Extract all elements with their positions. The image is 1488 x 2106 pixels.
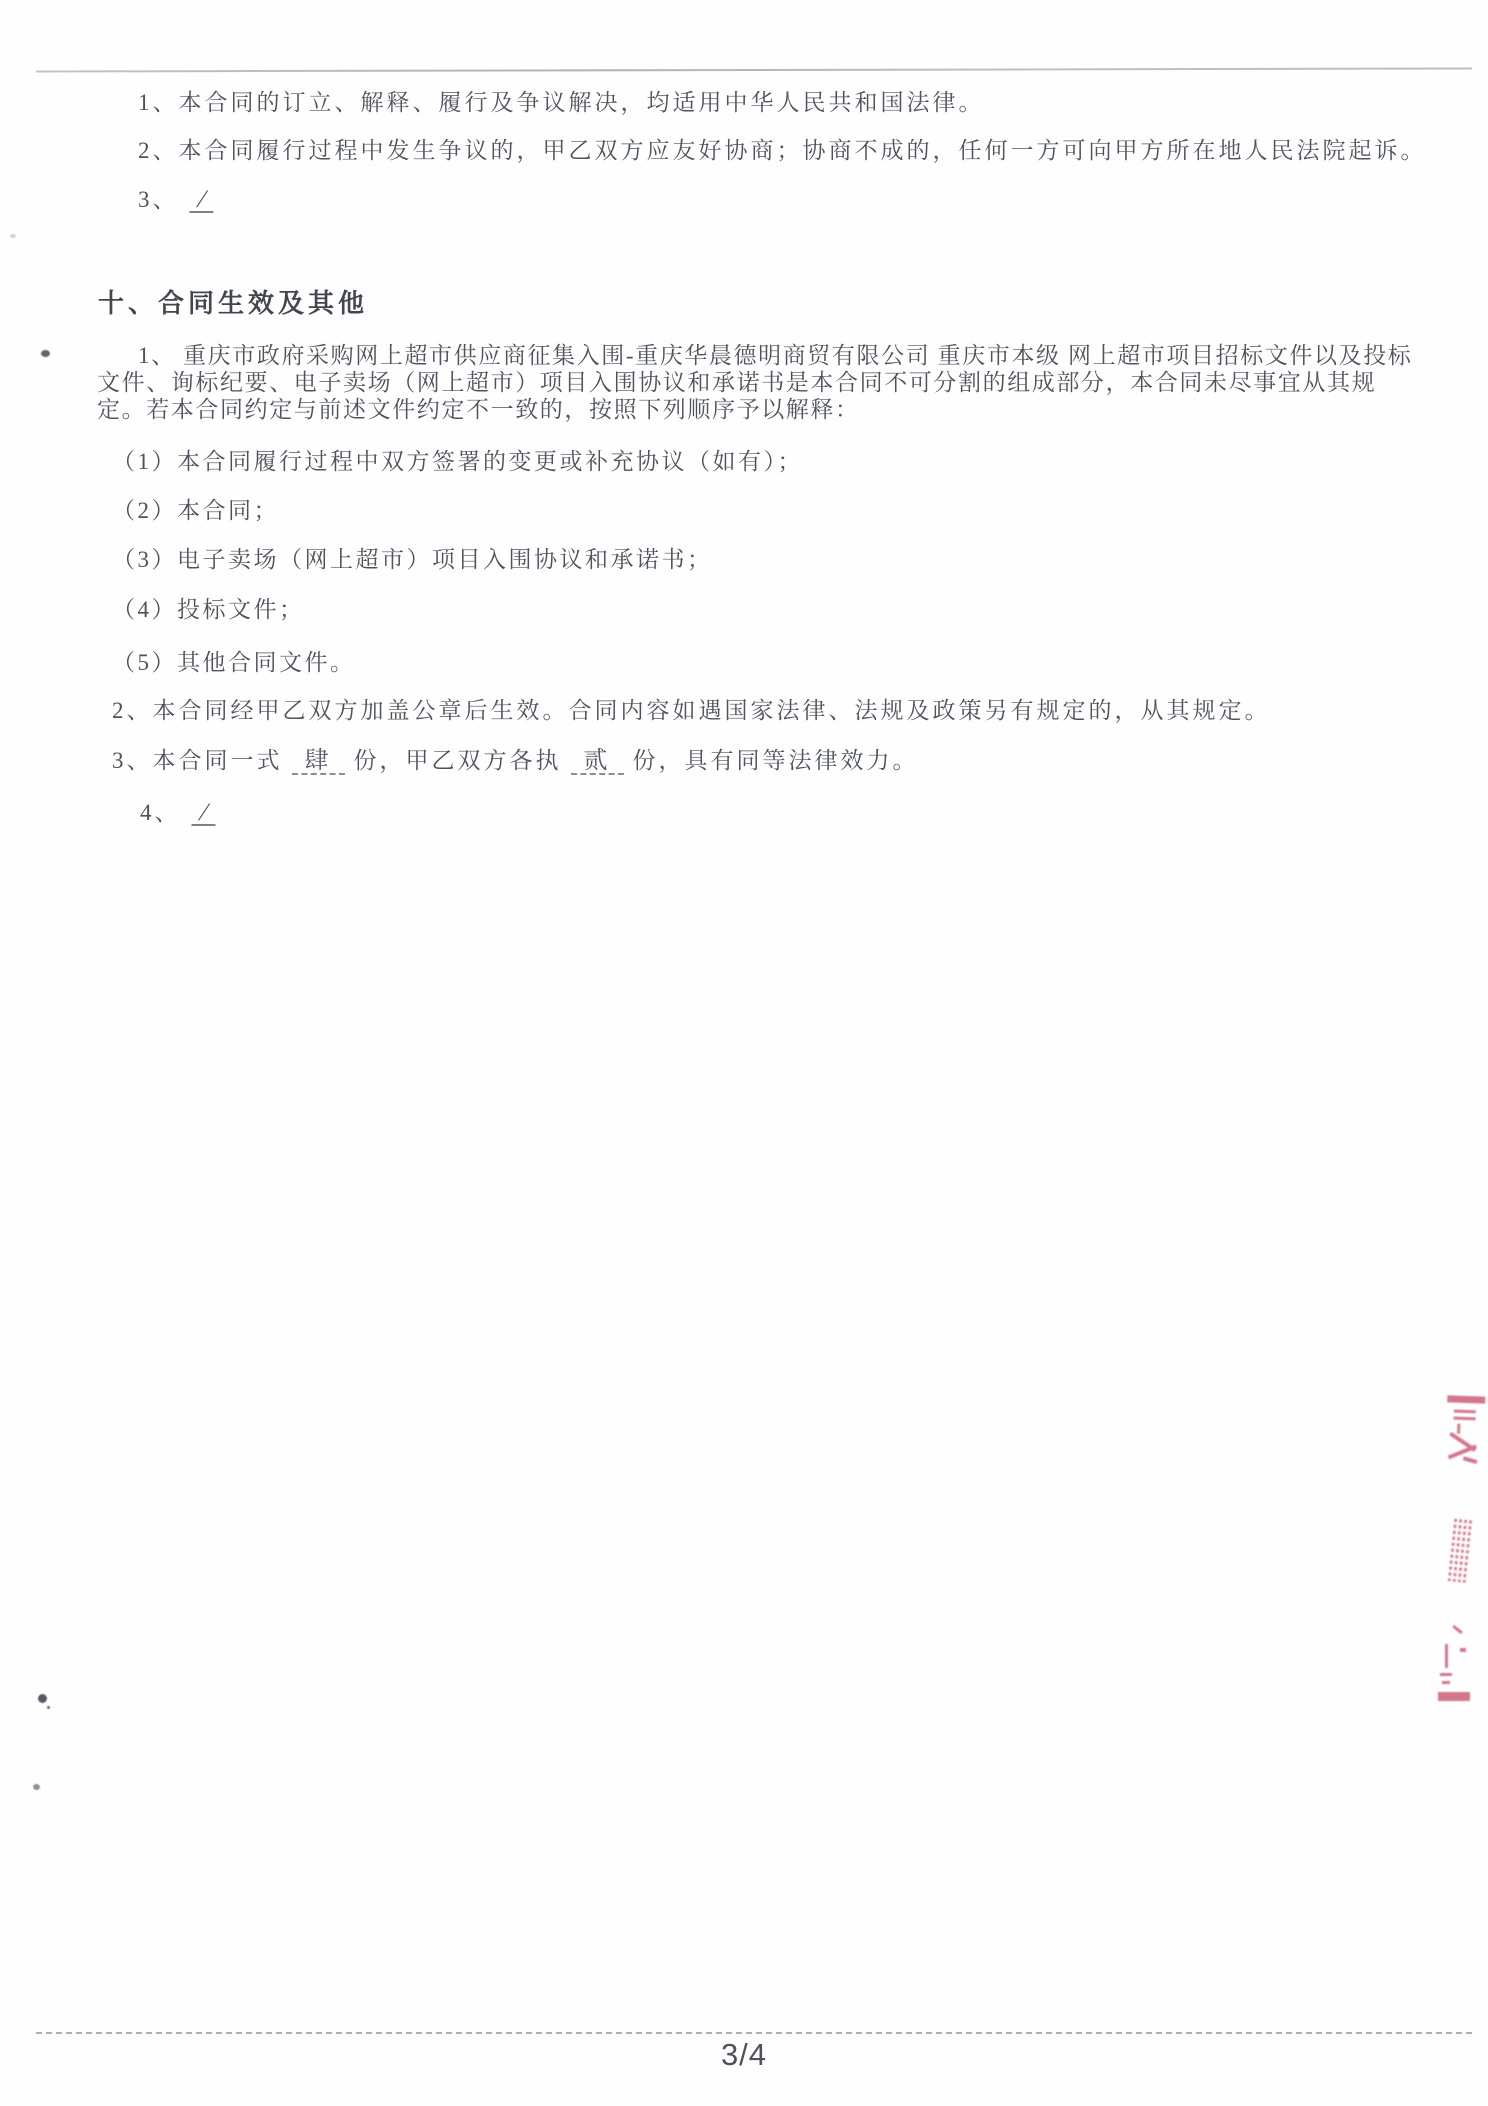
clause-copies-lead: 3、本合同一式 [112, 748, 283, 773]
clause-copies-mid: 份，甲乙双方各执 [354, 748, 562, 773]
red-seal-fragment-icon [1438, 1626, 1472, 1702]
section-ten-heading: 十、合同生效及其他 [98, 283, 368, 320]
clause-three-number: 3、 [138, 187, 179, 212]
scan-speck [38, 1694, 47, 1703]
handwritten-total-copies: 肆 [292, 749, 345, 775]
scan-speck [33, 1784, 40, 1790]
clause-dispute-resolution: 2、本合同履行过程中发生争议的，甲乙双方应友好协商；协商不成的，任何一方可向甲方… [138, 132, 1427, 165]
priority-item-5: （5）其他合同文件。 [112, 644, 356, 677]
clause-three-blank: 3、/ [138, 181, 215, 214]
priority-item-1: （1）本合同履行过程中双方签署的变更或补充协议（如有）； [112, 443, 803, 476]
clause-governing-law: 1、本合同的订立、解释、履行及争议解决，均适用中华人民共和国法律。 [138, 84, 985, 117]
handwritten-slash-mark: / [189, 189, 216, 213]
scan-speck [10, 234, 16, 238]
clause-four-number: 4、 [140, 800, 181, 825]
red-seal-fragment-icon [1443, 1393, 1488, 1476]
priority-item-4: （4）投标文件； [112, 591, 305, 624]
scan-speck [41, 350, 50, 357]
red-seal-fragment-icon [1447, 1517, 1474, 1583]
clause-copies: 3、本合同一式肆份，甲乙双方各执贰份，具有同等法律效力。 [112, 742, 919, 775]
priority-item-3: （3）电子卖场（网上超市）项目入围协议和承诺书； [112, 541, 713, 574]
scanned-contract-page: 1、本合同的订立、解释、履行及争议解决，均适用中华人民共和国法律。 2、本合同履… [0, 0, 1488, 2106]
priority-item-2: （2）本合同； [112, 492, 279, 525]
handwritten-slash-mark: / [191, 802, 218, 826]
footer-divider-line [36, 2032, 1472, 2034]
top-divider-line [36, 67, 1472, 72]
clause-one-line-3: 定。若本合同约定与前述文件约定不一致的，按照下列顺序予以解释： [97, 391, 860, 424]
clause-effectiveness: 2、本合同经甲乙双方加盖公章后生效。合同内容如遇国家法律、法规及政策另有规定的，… [112, 692, 1271, 725]
clause-copies-tail: 份，具有同等法律效力。 [633, 748, 919, 773]
page-number: 3/4 [0, 2037, 1488, 2073]
handwritten-each-copies: 贰 [571, 749, 624, 775]
clause-four-blank: 4、/ [140, 794, 217, 827]
